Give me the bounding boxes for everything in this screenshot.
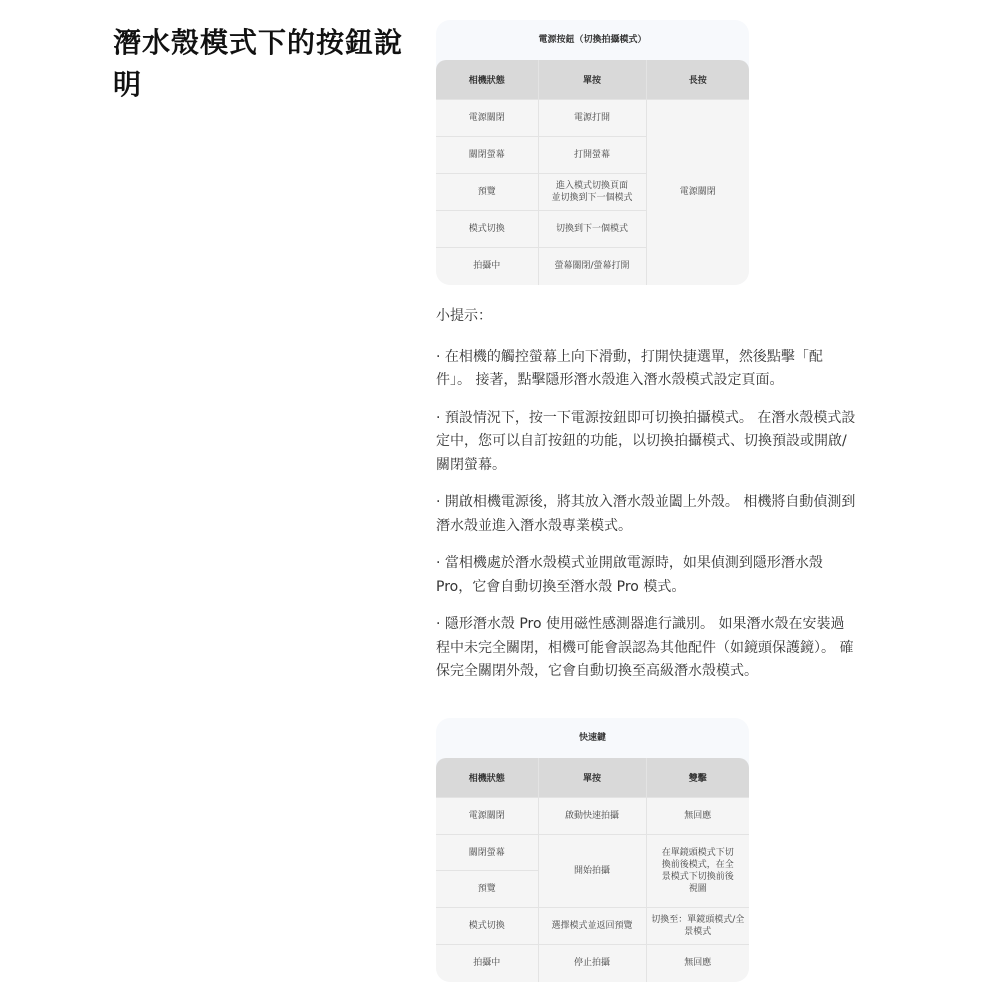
cell-state: 電源關閉: [436, 798, 538, 835]
cell-single-merged: 開始拍攝: [538, 835, 646, 908]
shortcut-table: 相機狀態 單按 雙擊 電源關閉 啟動快速拍攝 無回應 關閉螢幕 開始拍攝 在單鏡…: [436, 758, 749, 982]
shortcut-table-title: 快速鍵: [436, 718, 749, 758]
header-single-press: 單按: [538, 60, 646, 100]
table-row: 模式切換 選擇模式並返回預覽 切換至：單鏡頭模式/全景模式: [436, 908, 749, 945]
cell-single: 啟動快速拍攝: [538, 798, 646, 835]
page-title: 潛水殼模式下的按鈕說明: [113, 22, 428, 106]
cell-single: 選擇模式並返回預覽: [538, 908, 646, 945]
cell-long-press-merged: 電源關閉: [646, 100, 749, 285]
power-button-table-title: 電源按鈕（切換拍攝模式）: [436, 20, 749, 60]
cell-state: 電源關閉: [436, 100, 538, 137]
shortcut-table-card: 快速鍵 相機狀態 單按 雙擊 電源關閉 啟動快速拍攝 無回應 關閉螢幕 開始拍攝…: [436, 718, 749, 982]
header-camera-state: 相機狀態: [436, 60, 538, 100]
power-button-table: 相機狀態 單按 長按 電源關閉 電源打開 電源關閉 關閉螢幕 打開螢幕 預覽 進…: [436, 60, 749, 285]
tip-item: · 開啟相機電源後，將其放入潛水殼並闔上外殼。 相機將自動偵測到潛水殼並進入潛水…: [436, 491, 856, 538]
cell-double-merged: 在單鏡頭模式下切換前後模式，在全景模式下切換前後視圖: [646, 835, 749, 908]
tip-item: · 預設情況下，按一下電源按鈕即可切換拍攝模式。 在潛水殼模式設定中，您可以自訂…: [436, 407, 856, 478]
header-camera-state: 相機狀態: [436, 758, 538, 798]
tip-item: · 隱形潛水殼 Pro 使用磁性感測器進行識別。 如果潛水殼在安裝過程中未完全關…: [436, 613, 856, 684]
cell-state: 拍攝中: [436, 945, 538, 982]
table-row: 電源關閉 電源打開 電源關閉: [436, 100, 749, 137]
cell-single: 停止拍攝: [538, 945, 646, 982]
cell-single: 打開螢幕: [538, 137, 646, 174]
cell-single: 切換到下一個模式: [538, 211, 646, 248]
cell-single: 螢幕關閉/螢幕打開: [538, 248, 646, 285]
cell-single: 電源打開: [538, 100, 646, 137]
cell-state: 關閉螢幕: [436, 137, 538, 174]
table-row: 關閉螢幕 開始拍攝 在單鏡頭模式下切換前後模式，在全景模式下切換前後視圖: [436, 835, 749, 871]
tip-item: · 在相機的觸控螢幕上向下滑動，打開快捷選單，然後點擊「配件」。 接著，點擊隱形…: [436, 346, 856, 393]
cell-state: 模式切換: [436, 211, 538, 248]
tips-title: 小提示：: [436, 305, 856, 329]
cell-state: 預覽: [436, 871, 538, 908]
tips-section: 小提示： · 在相機的觸控螢幕上向下滑動，打開快捷選單，然後點擊「配件」。 接著…: [436, 305, 856, 698]
header-single-press: 單按: [538, 758, 646, 798]
table-header-row: 相機狀態 單按 長按: [436, 60, 749, 100]
cell-double: 無回應: [646, 798, 749, 835]
table-header-row: 相機狀態 單按 雙擊: [436, 758, 749, 798]
header-long-press: 長按: [646, 60, 749, 100]
cell-double: 切換至：單鏡頭模式/全景模式: [646, 908, 749, 945]
cell-state: 拍攝中: [436, 248, 538, 285]
power-button-table-card: 電源按鈕（切換拍攝模式） 相機狀態 單按 長按 電源關閉 電源打開 電源關閉 關…: [436, 20, 749, 285]
cell-single: 進入模式切換頁面 並切換到下一個模式: [538, 174, 646, 211]
cell-state: 關閉螢幕: [436, 835, 538, 871]
cell-state: 預覽: [436, 174, 538, 211]
cell-state: 模式切換: [436, 908, 538, 945]
tip-item: · 當相機處於潛水殼模式並開啟電源時，如果偵測到隱形潛水殼 Pro，它會自動切換…: [436, 552, 856, 599]
cell-double: 無回應: [646, 945, 749, 982]
table-row: 電源關閉 啟動快速拍攝 無回應: [436, 798, 749, 835]
header-double-tap: 雙擊: [646, 758, 749, 798]
table-row: 拍攝中 停止拍攝 無回應: [436, 945, 749, 982]
